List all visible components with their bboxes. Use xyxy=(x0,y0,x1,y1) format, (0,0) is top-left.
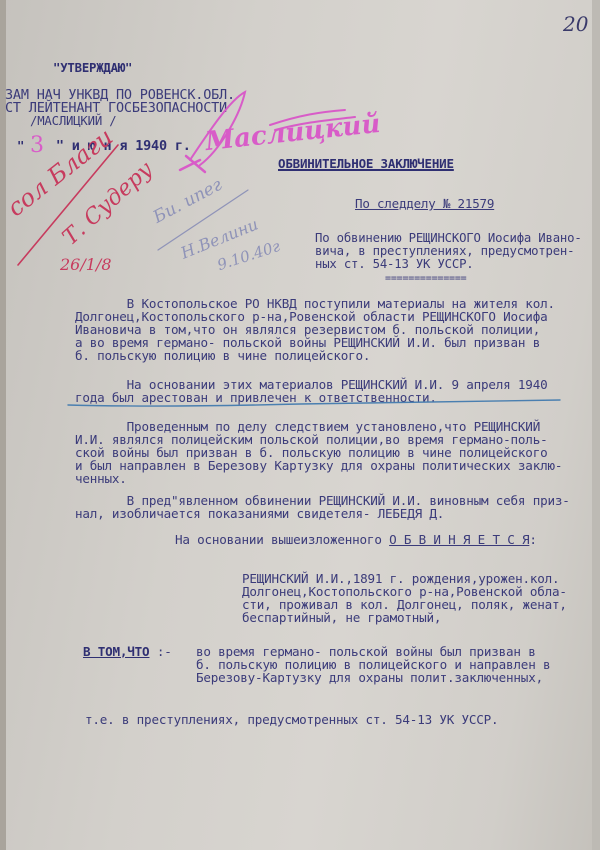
pencil-note-line-1: Би. ипег xyxy=(150,175,225,228)
magenta-signature: Маслицкий xyxy=(204,109,382,157)
para2-line-2: года был арестован и привлечен к ответст… xyxy=(75,391,437,404)
in-that-line-3: Березову-Картузку для охраны полит.заклю… xyxy=(196,671,543,684)
charge-summary-line-3: ных ст. 54-13 УК УССР. xyxy=(315,258,473,271)
document-title: ОБВИНИТЕЛЬНОЕ ЗАКЛЮЧЕНИЕ xyxy=(278,157,454,170)
approval-heading: "УТВЕРЖДАЮ" xyxy=(53,62,132,75)
in-that-keyword: В ТОМ,ЧТО xyxy=(83,644,149,659)
page-number: 20 xyxy=(563,12,588,36)
red-note-date: 26/1/8 xyxy=(60,255,112,274)
separator: ============== xyxy=(385,272,467,285)
para4-line-2: нал, изобличается показаниями свидетеля-… xyxy=(75,507,444,520)
para5-suffix: : xyxy=(529,532,536,547)
in-that-label: В ТОМ,ЧТО :- xyxy=(83,645,172,658)
para3-line-5: ченных. xyxy=(75,472,127,485)
date-day-handwritten: 3 xyxy=(30,133,44,158)
date-open-quote: " xyxy=(17,140,24,153)
accused-line-4: беспартийный, не грамотный, xyxy=(242,611,441,624)
conclusion-line: т.е. в преступлениях, предусмотренных ст… xyxy=(85,713,498,726)
page-edge-right xyxy=(592,0,600,850)
in-that-suffix: :- xyxy=(149,644,171,659)
magenta-check-mark xyxy=(180,156,205,172)
para5-line: На основании вышеизложенного О Б В И Н Я… xyxy=(175,533,537,546)
document-page: 20 "УТВЕРЖДАЮ" ЗАМ НАЧ УНКВД ПО РОВЕНСК.… xyxy=(0,0,600,850)
charged-keyword: О Б В И Н Я Е Т С Я xyxy=(389,532,529,547)
para3-line-4: и был направлен в Березову Картузку для … xyxy=(75,459,562,472)
para1-line-5: б. польскую полицию в чине полицейского. xyxy=(75,349,370,362)
page-edge-left xyxy=(0,0,6,850)
para5-prefix: На основании вышеизложенного xyxy=(175,532,389,547)
case-reference: По следделу № 21579 xyxy=(355,197,494,210)
